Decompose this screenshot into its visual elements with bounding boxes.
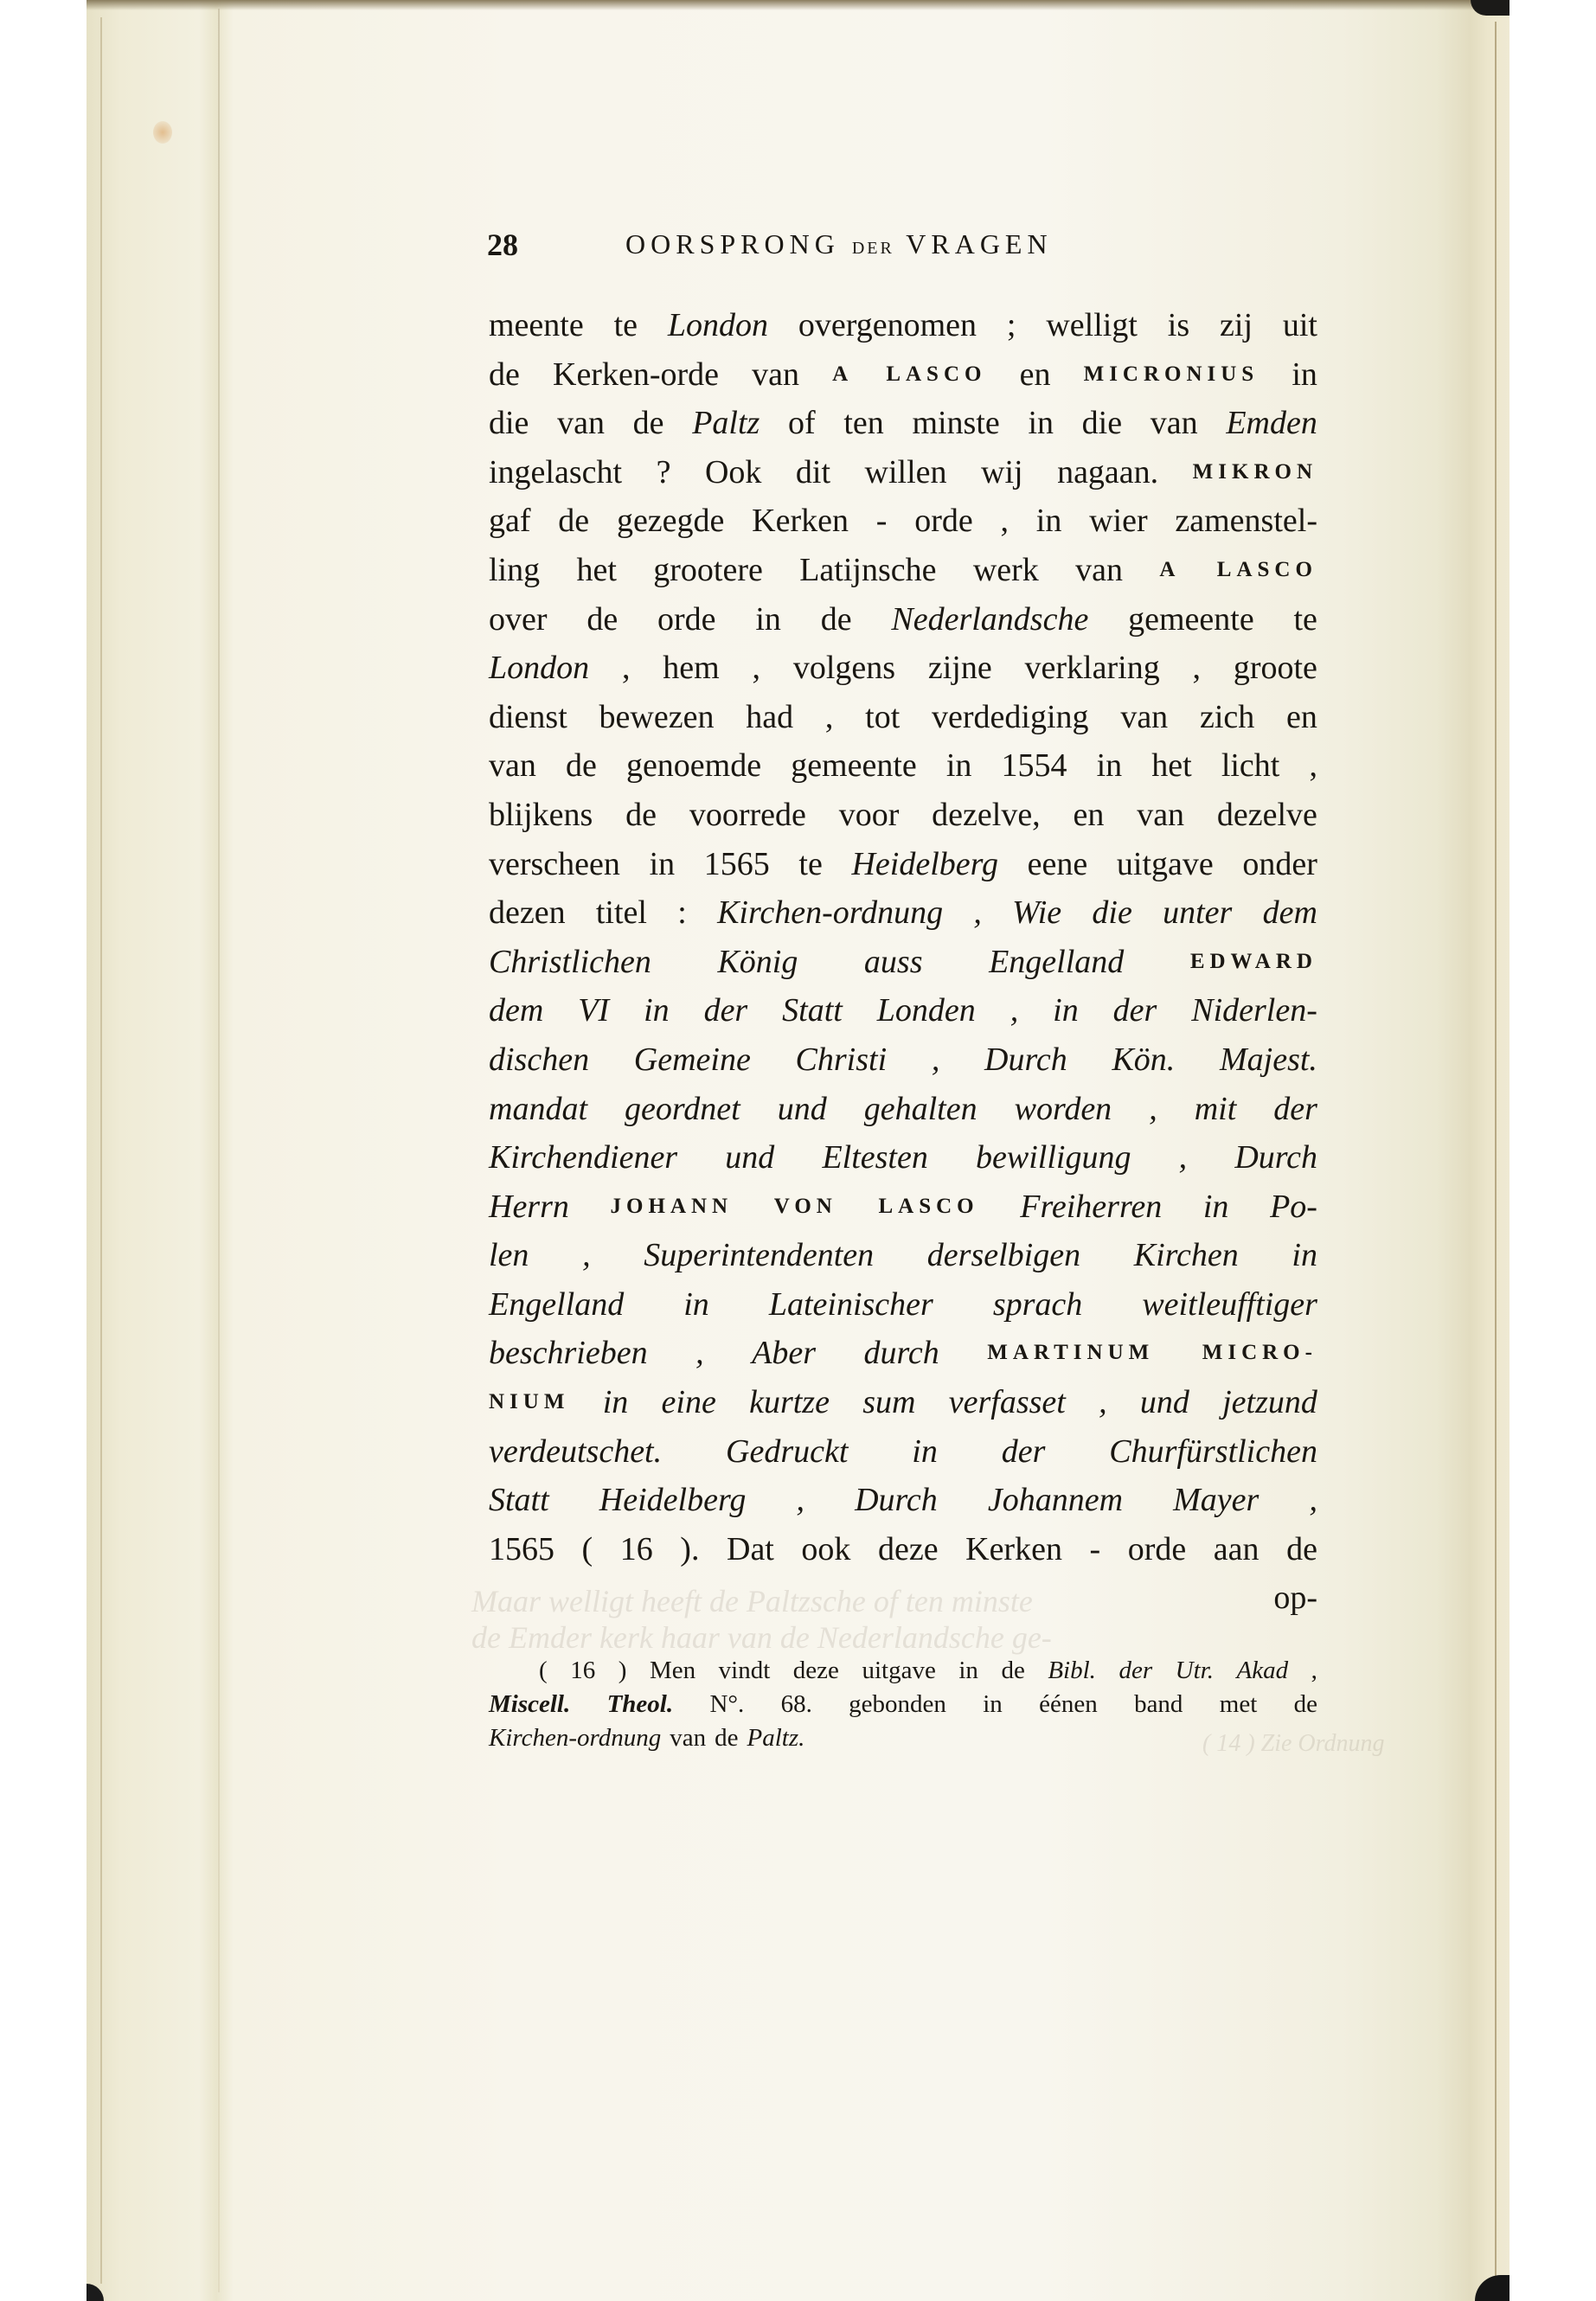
- word: of: [788, 399, 816, 448]
- body-line: StattHeidelberg,DurchJohannemMayer,: [489, 1476, 1317, 1525]
- word: dem: [1263, 888, 1317, 938]
- word: Statt: [489, 1476, 549, 1525]
- word: van: [1137, 791, 1184, 840]
- word: zich: [1200, 693, 1254, 742]
- word: zamenstel-: [1175, 497, 1317, 546]
- word: :: [677, 888, 687, 938]
- word: het: [576, 546, 616, 595]
- word: dienst: [489, 693, 567, 742]
- word: Ook: [705, 448, 761, 497]
- word: in: [946, 741, 972, 791]
- word: Miscell.: [489, 1688, 570, 1721]
- body-line: verscheenin1565teHeidelbergeeneuitgaveon…: [489, 840, 1317, 889]
- word: gemeente: [1128, 595, 1254, 644]
- word: durch: [864, 1329, 939, 1378]
- word: genoemde: [626, 741, 761, 791]
- word: der: [1118, 1654, 1152, 1688]
- word: uit: [1283, 301, 1317, 350]
- page-right-edge: [1495, 22, 1497, 2288]
- word: de: [1294, 1688, 1317, 1721]
- word: LASCO: [878, 1183, 978, 1232]
- word: van: [489, 741, 536, 791]
- word: nagaan.: [1057, 448, 1158, 497]
- word: in: [644, 986, 670, 1035]
- word: jetzund: [1222, 1378, 1317, 1427]
- word: worden: [1015, 1085, 1112, 1134]
- word: titel: [596, 888, 647, 938]
- word: verfasset: [949, 1378, 1066, 1427]
- word: het: [1151, 741, 1191, 791]
- word: gaf: [489, 497, 531, 546]
- word: de: [625, 791, 657, 840]
- word: ,: [796, 1476, 804, 1525]
- body-line: beschrieben,AberdurchMARTINUMMICRO-: [489, 1329, 1317, 1378]
- word: ,: [1099, 1378, 1107, 1427]
- word: bewilligung: [976, 1133, 1131, 1183]
- catchword-text: op-: [1273, 1574, 1317, 1623]
- word: van: [752, 350, 799, 400]
- word: grootere: [653, 546, 763, 595]
- body-line: dezentitel:Kirchen-ordnung,Wiedieunterde…: [489, 888, 1317, 938]
- word: kurtze: [749, 1378, 830, 1427]
- word: sum: [862, 1378, 915, 1427]
- footnote-line: (16)MenvindtdezeuitgaveindeBibl.derUtr.A…: [489, 1654, 1317, 1688]
- word: Paltz.: [747, 1721, 804, 1755]
- body-line: dienstbewezenhad,totverdedigingvanzichen: [489, 693, 1317, 742]
- word: minste: [912, 399, 999, 448]
- word: ling: [489, 546, 540, 595]
- body-line: demVIinderStattLonden,inderNiderlen-: [489, 986, 1317, 1035]
- word: Men: [650, 1654, 695, 1688]
- word: ,: [1001, 497, 1010, 546]
- word: Eltesten: [822, 1133, 927, 1183]
- word: éénen: [1039, 1688, 1098, 1721]
- word: aan: [1214, 1525, 1259, 1574]
- word: ,: [973, 888, 982, 938]
- body-line: KirchendienerundEltestenbewilligung,Durc…: [489, 1133, 1317, 1183]
- word: is: [1168, 301, 1189, 350]
- word: Dat: [727, 1525, 774, 1574]
- word: Durch: [1234, 1133, 1317, 1183]
- word: verscheen: [489, 840, 620, 889]
- body-line: vandegenoemdegemeentein1554inhetlicht,: [489, 741, 1317, 791]
- word: dezelve,: [932, 791, 1041, 840]
- word: overgenomen: [798, 301, 977, 350]
- word: Majest.: [1220, 1035, 1317, 1085]
- word: Niderlen-: [1191, 986, 1317, 1035]
- word: 16: [570, 1654, 595, 1688]
- body-line: NIUMineinekurtzesumverfasset,undjetzund: [489, 1378, 1317, 1427]
- word: Paltz: [692, 399, 760, 448]
- word: in: [683, 1280, 709, 1330]
- word: A: [832, 350, 853, 400]
- word: van: [1151, 399, 1198, 448]
- word: die: [1082, 399, 1122, 448]
- word: der: [1273, 1085, 1317, 1134]
- footnote-line: Kirchen-ordnungvandePaltz.: [489, 1721, 1317, 1755]
- word: de: [558, 497, 589, 546]
- word: der: [704, 986, 748, 1035]
- word: Kirchen-ordnung: [717, 888, 943, 938]
- word: 68.: [781, 1688, 812, 1721]
- word: in: [650, 840, 676, 889]
- word: in: [603, 1378, 629, 1427]
- word: in: [1036, 497, 1062, 546]
- word: gemeente: [791, 741, 917, 791]
- word: zijne: [928, 644, 992, 693]
- footnote-line: Miscell.Theol.N°.68.gebondeninéénenbandm…: [489, 1688, 1317, 1721]
- word: de: [566, 741, 597, 791]
- word: in: [755, 595, 781, 644]
- word: willen: [865, 448, 947, 497]
- word: van: [670, 1721, 706, 1755]
- word: had: [746, 693, 793, 742]
- word: MICRONIUS: [1084, 350, 1259, 400]
- word: dit: [796, 448, 830, 497]
- word: Churfürstlichen: [1109, 1427, 1317, 1477]
- word: orde: [914, 497, 973, 546]
- word: derselbigen: [927, 1231, 1080, 1280]
- body-line: meenteteLondonovergenomen;welligtiszijui…: [489, 301, 1317, 350]
- word: Kirchen-ordnung: [489, 1721, 661, 1755]
- word: Christi: [796, 1035, 888, 1085]
- word: 1554: [1002, 741, 1067, 791]
- word: uitgave: [1117, 840, 1214, 889]
- word: met: [1220, 1688, 1258, 1721]
- word: de: [633, 399, 664, 448]
- word: hem: [663, 644, 719, 693]
- body-line: ChristlichenKönigaussEngellandEDWARD: [489, 938, 1317, 987]
- word: eene: [1028, 840, 1088, 889]
- word: in: [1053, 986, 1079, 1035]
- word: die: [489, 399, 529, 448]
- word: VI: [578, 986, 609, 1035]
- word: Kirchendiener: [489, 1133, 677, 1183]
- word: Statt: [782, 986, 843, 1035]
- word: MIKRON: [1193, 448, 1317, 497]
- word: Johannem: [988, 1476, 1123, 1525]
- word: eine: [662, 1378, 716, 1427]
- word: dem: [489, 986, 543, 1035]
- word: ,: [1010, 986, 1019, 1035]
- word: 16: [620, 1525, 653, 1574]
- word: voor: [839, 791, 900, 840]
- word: Durch: [984, 1035, 1067, 1085]
- word: de: [821, 595, 852, 644]
- word: welligt: [1046, 301, 1138, 350]
- body-line: London,hem,volgenszijneverklaring,groote: [489, 644, 1317, 693]
- word: ,: [932, 1035, 940, 1085]
- word: tot: [865, 693, 900, 742]
- word: ,: [753, 644, 761, 693]
- page-number: 28: [487, 227, 518, 263]
- word: te: [798, 840, 822, 889]
- word: der: [1113, 986, 1157, 1035]
- word: Freiherren: [1020, 1183, 1162, 1232]
- word: wier: [1089, 497, 1148, 546]
- body-text: meenteteLondonovergenomen;welligtiszijui…: [489, 301, 1317, 1623]
- word: London: [489, 644, 589, 693]
- word: Lateinischer: [769, 1280, 933, 1330]
- word: dezen: [489, 888, 566, 938]
- word: in: [1097, 741, 1123, 791]
- word: len: [489, 1231, 529, 1280]
- word: Aber: [752, 1329, 816, 1378]
- word: der: [1002, 1427, 1046, 1477]
- word: Durch: [855, 1476, 938, 1525]
- word: ): [619, 1654, 627, 1688]
- word: MARTINUM: [987, 1329, 1154, 1378]
- body-line: mandatgeordnetundgehaltenworden,mitder: [489, 1085, 1317, 1134]
- word: ,: [1149, 1085, 1157, 1134]
- body-line: blijkensdevoorredevoordezelve,envandezel…: [489, 791, 1317, 840]
- word: MICRO-: [1202, 1329, 1317, 1378]
- body-line: 1565(16).DatookdezeKerken-ordeaande: [489, 1525, 1317, 1574]
- word: volgens: [793, 644, 895, 693]
- word: groote: [1234, 644, 1317, 693]
- word: orde: [1128, 1525, 1187, 1574]
- word: ingelascht: [489, 448, 622, 497]
- word: LASCO: [1217, 546, 1317, 595]
- word: van: [1075, 546, 1123, 595]
- word: und: [1140, 1378, 1189, 1427]
- word: -: [1090, 1525, 1101, 1574]
- body-line: linghetgrootereLatijnschewerkvanALASCO: [489, 546, 1317, 595]
- word: de: [715, 1721, 738, 1755]
- word: mit: [1195, 1085, 1237, 1134]
- word: deze: [878, 1525, 939, 1574]
- word: uitgave: [862, 1654, 935, 1688]
- word: Heidelberg: [599, 1476, 747, 1525]
- word: van: [557, 399, 605, 448]
- body-line: overdeordeindeNederlandschegemeentete: [489, 595, 1317, 644]
- word: König: [717, 938, 798, 987]
- word: mandat: [489, 1085, 587, 1134]
- running-head-title: OORSPRONG DER VRAGEN: [625, 228, 1053, 260]
- word: LASCO: [886, 350, 986, 400]
- word: VON: [774, 1183, 837, 1232]
- word: gezegde: [617, 497, 724, 546]
- word: onder: [1242, 840, 1317, 889]
- word: vindt: [719, 1654, 771, 1688]
- word: sprach: [993, 1280, 1082, 1330]
- word: ,: [1309, 741, 1317, 791]
- word: ,: [695, 1329, 704, 1378]
- word: 1565: [489, 1525, 554, 1574]
- word: ,: [1309, 1476, 1317, 1525]
- word: ,: [825, 693, 834, 742]
- word: de: [489, 350, 520, 400]
- word: N°.: [709, 1688, 744, 1721]
- word: Herrn: [489, 1183, 569, 1232]
- word: Kerken: [752, 497, 849, 546]
- word: over: [489, 595, 548, 644]
- word: verklaring: [1025, 644, 1160, 693]
- word: in: [983, 1688, 1003, 1721]
- catchword: op-: [489, 1574, 1317, 1623]
- word: Nederlandsche: [891, 595, 1088, 644]
- word: Mayer: [1173, 1476, 1259, 1525]
- word: EDWARD: [1190, 938, 1317, 987]
- word: (: [582, 1525, 593, 1574]
- word: weitleufftiger: [1142, 1280, 1317, 1330]
- word: geordnet: [625, 1085, 740, 1134]
- word: A: [1159, 546, 1180, 595]
- word: ?: [657, 448, 671, 497]
- word: de: [1286, 1525, 1317, 1574]
- word: Utr.: [1176, 1654, 1214, 1688]
- word: London: [668, 301, 768, 350]
- word: auss: [864, 938, 923, 987]
- word: Kerken-orde: [553, 350, 719, 400]
- word: Londen: [877, 986, 976, 1035]
- word: beschrieben: [489, 1329, 648, 1378]
- word: dischen: [489, 1035, 589, 1085]
- word: deze: [793, 1654, 839, 1688]
- word: te: [614, 301, 638, 350]
- footnotes: (16)MenvindtdezeuitgaveindeBibl.derUtr.A…: [489, 1654, 1317, 1755]
- word: NIUM: [489, 1378, 569, 1427]
- body-line: dischenGemeineChristi,DurchKön.Majest.: [489, 1035, 1317, 1085]
- word: Kirchen: [1134, 1231, 1239, 1280]
- body-line: gafdegezegdeKerken-orde,inwierzamenstel-: [489, 497, 1317, 546]
- word: voorrede: [689, 791, 806, 840]
- word: Christlichen: [489, 938, 651, 987]
- word: ,: [582, 1231, 591, 1280]
- word: Latijnsche: [799, 546, 936, 595]
- word: en: [1020, 350, 1051, 400]
- word: van: [1120, 693, 1168, 742]
- word: JOHANN: [611, 1183, 734, 1232]
- word: ;: [1007, 301, 1016, 350]
- body-line: ingelascht?Ookditwillenwijnagaan.MIKRON: [489, 448, 1317, 497]
- word: in: [1028, 399, 1054, 448]
- page-top-shadow: [87, 0, 1509, 10]
- word: bewezen: [599, 693, 715, 742]
- word: Theol.: [607, 1688, 674, 1721]
- word: unter: [1163, 888, 1232, 938]
- running-head: 28 OORSPRONG DER VRAGEN: [487, 227, 1352, 270]
- word: en: [1286, 693, 1317, 742]
- word: in: [1203, 1183, 1229, 1232]
- word: ook: [801, 1525, 850, 1574]
- body-line: len,SuperintendentenderselbigenKirchenin: [489, 1231, 1317, 1280]
- word: ,: [1193, 644, 1202, 693]
- word: ten: [843, 399, 883, 448]
- word: ).: [680, 1525, 699, 1574]
- word: (: [539, 1654, 548, 1688]
- word: de: [1001, 1654, 1024, 1688]
- body-line: verdeutschet.GedrucktinderChurfürstliche…: [489, 1427, 1317, 1477]
- word: band: [1134, 1688, 1183, 1721]
- word: und: [778, 1085, 827, 1134]
- word: in: [912, 1427, 938, 1477]
- word: Engelland: [489, 1280, 624, 1330]
- word: Akad: [1237, 1654, 1289, 1688]
- word: verdeutschet.: [489, 1427, 662, 1477]
- word: Superintendenten: [644, 1231, 874, 1280]
- word: Gemeine: [634, 1035, 751, 1085]
- word: Kön.: [1112, 1035, 1175, 1085]
- word: in: [958, 1654, 978, 1688]
- word: gehalten: [864, 1085, 977, 1134]
- word: Engelland: [989, 938, 1124, 987]
- word: en: [1074, 791, 1105, 840]
- body-line: dievandePaltzoftenminsteindievanEmden: [489, 399, 1317, 448]
- word: Kerken: [965, 1525, 1062, 1574]
- word: und: [725, 1133, 774, 1183]
- word: ,: [1179, 1133, 1188, 1183]
- word: meente: [489, 301, 584, 350]
- body-line: EngellandinLateinischersprachweitleuffti…: [489, 1280, 1317, 1330]
- word: ,: [622, 644, 631, 693]
- word: licht: [1221, 741, 1280, 791]
- word: de: [586, 595, 618, 644]
- word: 1565: [704, 840, 770, 889]
- word: in: [1292, 1231, 1317, 1280]
- word: Wie: [1012, 888, 1061, 938]
- word: werk: [973, 546, 1039, 595]
- word: die: [1092, 888, 1131, 938]
- word: Emden: [1226, 399, 1317, 448]
- word: Heidelberg: [851, 840, 998, 889]
- paper-stain: [153, 121, 172, 144]
- word: verdediging: [932, 693, 1089, 742]
- word: wij: [981, 448, 1023, 497]
- word: Gedruckt: [726, 1427, 848, 1477]
- word: blijkens: [489, 791, 593, 840]
- word: dezelve: [1217, 791, 1317, 840]
- word: -: [876, 497, 888, 546]
- word: gebonden: [849, 1688, 946, 1721]
- body-line: deKerken-ordevanALASCOenMICRONIUSin: [489, 350, 1317, 400]
- word: te: [1294, 595, 1317, 644]
- word: orde: [657, 595, 716, 644]
- body-line: HerrnJOHANNVONLASCOFreiherreninPo-: [489, 1183, 1317, 1232]
- page-left-edge: [100, 17, 102, 2284]
- word: ,: [1311, 1654, 1317, 1688]
- gutter-fold-line: [218, 9, 220, 2292]
- word: Bibl.: [1048, 1654, 1096, 1688]
- word: zij: [1220, 301, 1253, 350]
- bleed-through-text: de Emder kerk haar van de Nederlandsche …: [471, 1619, 1052, 1656]
- word: Po-: [1270, 1183, 1317, 1232]
- word: in: [1292, 350, 1317, 400]
